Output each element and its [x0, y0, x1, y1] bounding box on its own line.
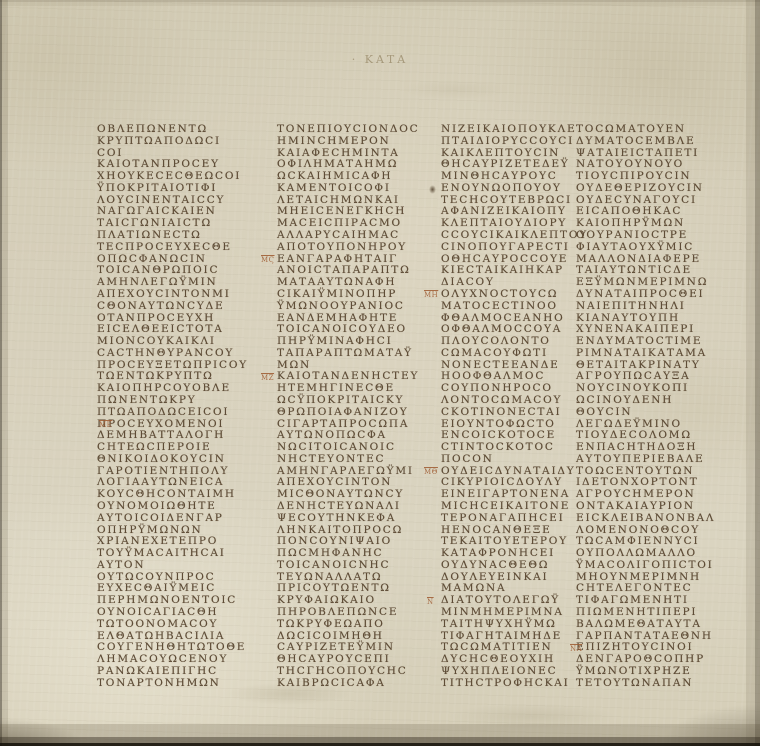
- text-line: ϹΚΟΤΙΝΟΝΕϹΤΑΙ: [441, 407, 588, 419]
- text-line: ΟΥΔΥΝΑϹΘΕΘΩ: [441, 560, 588, 572]
- text-line: ΤΩΚΡΥΦΕΩΑΠΟ: [277, 619, 420, 631]
- text-line: ΘΡΩΠΟΙΑΦΑΝΙΖΟΥ: [277, 407, 420, 419]
- text-line: ΤΟϹΩΜΑΤΟΥΕΝ: [576, 124, 715, 136]
- text-line: ΟΥΔΕΘΕΡΙΖΟΥϹΙΝ: [576, 183, 715, 195]
- eusebian-section-mark: ΜΗ: [424, 291, 438, 299]
- eusebian-section-mark: ΝΑ: [570, 645, 582, 653]
- text-line: ΗΜΙΝϹΗΜΕΡΟΝ: [277, 136, 420, 148]
- text-line: ΫΜΩΝΟΤΙΧΡΗΖΕ: [576, 666, 715, 678]
- text-line: ΠΩΝΕΝΤΩΚΡΥ: [97, 395, 248, 407]
- eusebian-section-mark: Ν: [427, 598, 434, 606]
- eusebian-section-mark: ΜΖ: [261, 374, 274, 382]
- text-line: ΟΝΤΑΚΑΙΑΥΡΙΟΝ: [576, 501, 715, 513]
- text-line: ΚΑΜΕΝΤΟΙϹΟΦΙ: [277, 183, 420, 195]
- text-line: ΤΗϹΓΗϹΟΠΟΥϹΗϹ: [277, 666, 420, 678]
- text-line: ΝΙΖΕΙΚΑΙΟΠΟΥΚΛΕ: [441, 124, 588, 136]
- text-line: ΠΤΑΙΔΙΟΡΥϹϹΟΥϹΙ: [441, 136, 588, 148]
- text-line: ΩϹΙΝΟΥΔΕΝΗ: [576, 395, 715, 407]
- text-line: ΫΠΟΚΡΙΤΑΙΟΤΙΦΙ: [97, 183, 248, 195]
- text-line: ΤΑΙΤΗΨΥΧΗΫΜΩ: [441, 619, 588, 631]
- text-line: ΤΕΤΟΥΤΩΝΑΠΑΝ: [576, 678, 715, 690]
- text-line: ΝΑΙΕΠΙΤΗΝΗΛΙ: [576, 301, 715, 313]
- text-line: ΩϹΫΠΟΚΡΙΤΑΙϹΚΥ: [277, 395, 420, 407]
- text-line: ΔΥΝΑΤΑΙΠΡΟϹΘΕΙ: [576, 289, 715, 301]
- manuscript-page: · ΚΑΤΑ ΟΒΛΕΠΩΝΕΝΤΩΚΡΥΠΤΩΑΠΟΔΩϹΙϹΟΙΚΑΙΟΤΑ…: [0, 0, 760, 746]
- text-line: ϹΑϹΤΗΝΘΥΡΑΝϹΟΥ: [97, 348, 248, 360]
- text-line: ϹΘΟΝΑΥΤΩΝϹΥΔΕ: [97, 301, 248, 313]
- text-line: ΑΠΟΤΟΥΠΟΝΗΡΟΥ: [277, 242, 420, 254]
- text-line: ΫΜΩΝΟΟΥΡΑΝΙΟϹ: [277, 301, 420, 313]
- text-column-4: ΤΟϹΩΜΑΤΟΥΕΝΔΥΜΑΤΟϹΕΜΒΛΕΨΑΤΑΙΕΙϹΤΑΠΕΤΙΝΑΤ…: [576, 124, 715, 690]
- text-line: ΔΥΜΑΤΟϹΕΜΒΛΕ: [576, 136, 715, 148]
- text-line: ΑΥΤΟΥΠΕΡΙΕΒΑΛΕ: [576, 454, 715, 466]
- text-line: ΑΥΤΟΝ: [97, 560, 248, 572]
- text-line: ϹΙΝΟΠΟΥΓΑΡΕϹΤΙ: [441, 242, 588, 254]
- text-line: ΚΑΙΒΡΩϹΙϹΑΦΑ: [277, 678, 420, 690]
- text-line: ΤΟΝΑΡΤΟΝΗΜΩΝ: [97, 678, 248, 690]
- text-line: ΨΕϹΟΥΤΗΝΚΕΦΑ: [277, 513, 420, 525]
- text-line: ΤΟΙϹΑΝΟΙϹΝΗϹ: [277, 560, 420, 572]
- text-line: ΜΙϹΗϹΕΙΚΑΙΤΟΝΕ: [441, 501, 588, 513]
- text-line: ΔΕΝΗϹΤΕΥΩΝΑΛΙ: [277, 501, 420, 513]
- text-line: ΨΥΧΗΠΛΕΙΟΝΕϹ: [441, 666, 588, 678]
- text-line: ΠΟϹΟΝ: [441, 454, 588, 466]
- text-line: ΜΑΤΟϹΕϹΤΙΝΟΟ: [441, 301, 588, 313]
- text-line: ΤΟΝΕΠΙΟΥϹΙΟΝΔΟϹ: [277, 124, 420, 136]
- text-line: ΡΙΜΝΑΤΑΙΚΑΤΑΜΑ: [576, 348, 715, 360]
- text-line: ΑΥΤΟΙϹΟΙΔΕΝΓΑΡ: [97, 513, 248, 525]
- text-line: ΑΠΕΧΟΥϹΙΝΤΟΝΜΙ: [97, 289, 248, 301]
- text-line: ϹΩΜΑϹΟΥΦΩΤΙ: [441, 348, 588, 360]
- text-line: ΕΝΟΥΝΩΟΠΟΥΟΥ: [441, 183, 588, 195]
- ink-spot: [429, 185, 436, 194]
- running-title: · ΚΑΤΑ: [0, 53, 760, 66]
- text-line: ΘΝΙΚΟΙΔΟΚΟΥϹΙΝ: [97, 454, 248, 466]
- text-line: ΚΡΥΠΤΩΑΠΟΔΩϹΙ: [97, 136, 248, 148]
- eusebian-section-mark: ΜΕ: [99, 421, 112, 429]
- text-line: ΤΑΠΑΡΑΠΤΩΜΑΤΑΫ: [277, 348, 420, 360]
- text-line: ΝΗϹΤΕΥΟΝΤΕϹ: [277, 454, 420, 466]
- text-line: ΦΙΑΥΤΑΟΥΧΫΜΙϹ: [576, 242, 715, 254]
- text-line: ΠΤΩΑΠΟΔΩϹΕΙϹΟΙ: [97, 407, 248, 419]
- text-line: ΤΙΤΗϹΤΡΟΦΗϹΚΑΙ: [441, 678, 588, 690]
- text-line: ΤΕΡΟΝΑΓΑΠΗϹΕΙ: [441, 513, 588, 525]
- text-line: ΛΟΝΤΟϹΩΜΑϹΟΥ: [441, 395, 588, 407]
- text-line: ΕΙϹΚΛΕΙΒΑΝΟΝΒΑΛ: [576, 513, 715, 525]
- text-line: ΟΥΝΟΜΟΙΩΘΗΤΕ: [97, 501, 248, 513]
- text-line: ΤΩΤΟΟΝΟΜΑϹΟΥ: [97, 619, 248, 631]
- text-line: ΫΜΑϹΟΛΙΓΟΠΙϹΤΟΙ: [576, 560, 715, 572]
- text-line: ΘΟΥϹΙΝ: [576, 407, 715, 419]
- eusebian-section-mark: ΜϚ: [261, 256, 275, 264]
- text-line: ϹΙΚΑΙΫΜΙΝΟΠΗΡ: [277, 289, 420, 301]
- eusebian-section-mark: ΜΘ: [424, 468, 438, 476]
- text-line: ΟΒΛΕΠΩΝΕΝΤΩ: [97, 124, 248, 136]
- text-line: ΤΕϹΠΡΟϹΕΥΧΕϹΘΕ: [97, 242, 248, 254]
- text-column-3: ΝΙΖΕΙΚΑΙΟΠΟΥΚΛΕΠΤΑΙΔΙΟΡΥϹϹΟΥϹΙΚΑΙΚΛΕΠΤΟΥ…: [441, 124, 588, 690]
- text-line: ΡΑΝΩΚΑΙΕΠΙΓΗϹ: [97, 666, 248, 678]
- text-column-1: ΟΒΛΕΠΩΝΕΝΤΩΚΡΥΠΤΩΑΠΟΔΩϹΙϹΟΙΚΑΙΟΤΑΝΠΡΟϹΕΥ…: [97, 124, 248, 690]
- text-line: ΟΛΥΧΝΟϹΤΟΥϹΩ: [441, 289, 588, 301]
- text-column-2: ΤΟΝΕΠΙΟΥϹΙΟΝΔΟϹΗΜΙΝϹΗΜΕΡΟΝΚΑΙΑΦΕϹΗΜΙΝΤΑΟ…: [277, 124, 420, 690]
- text-line: ΒΑΛΩΜΕΘΑΤΑΥΤΑ: [576, 619, 715, 631]
